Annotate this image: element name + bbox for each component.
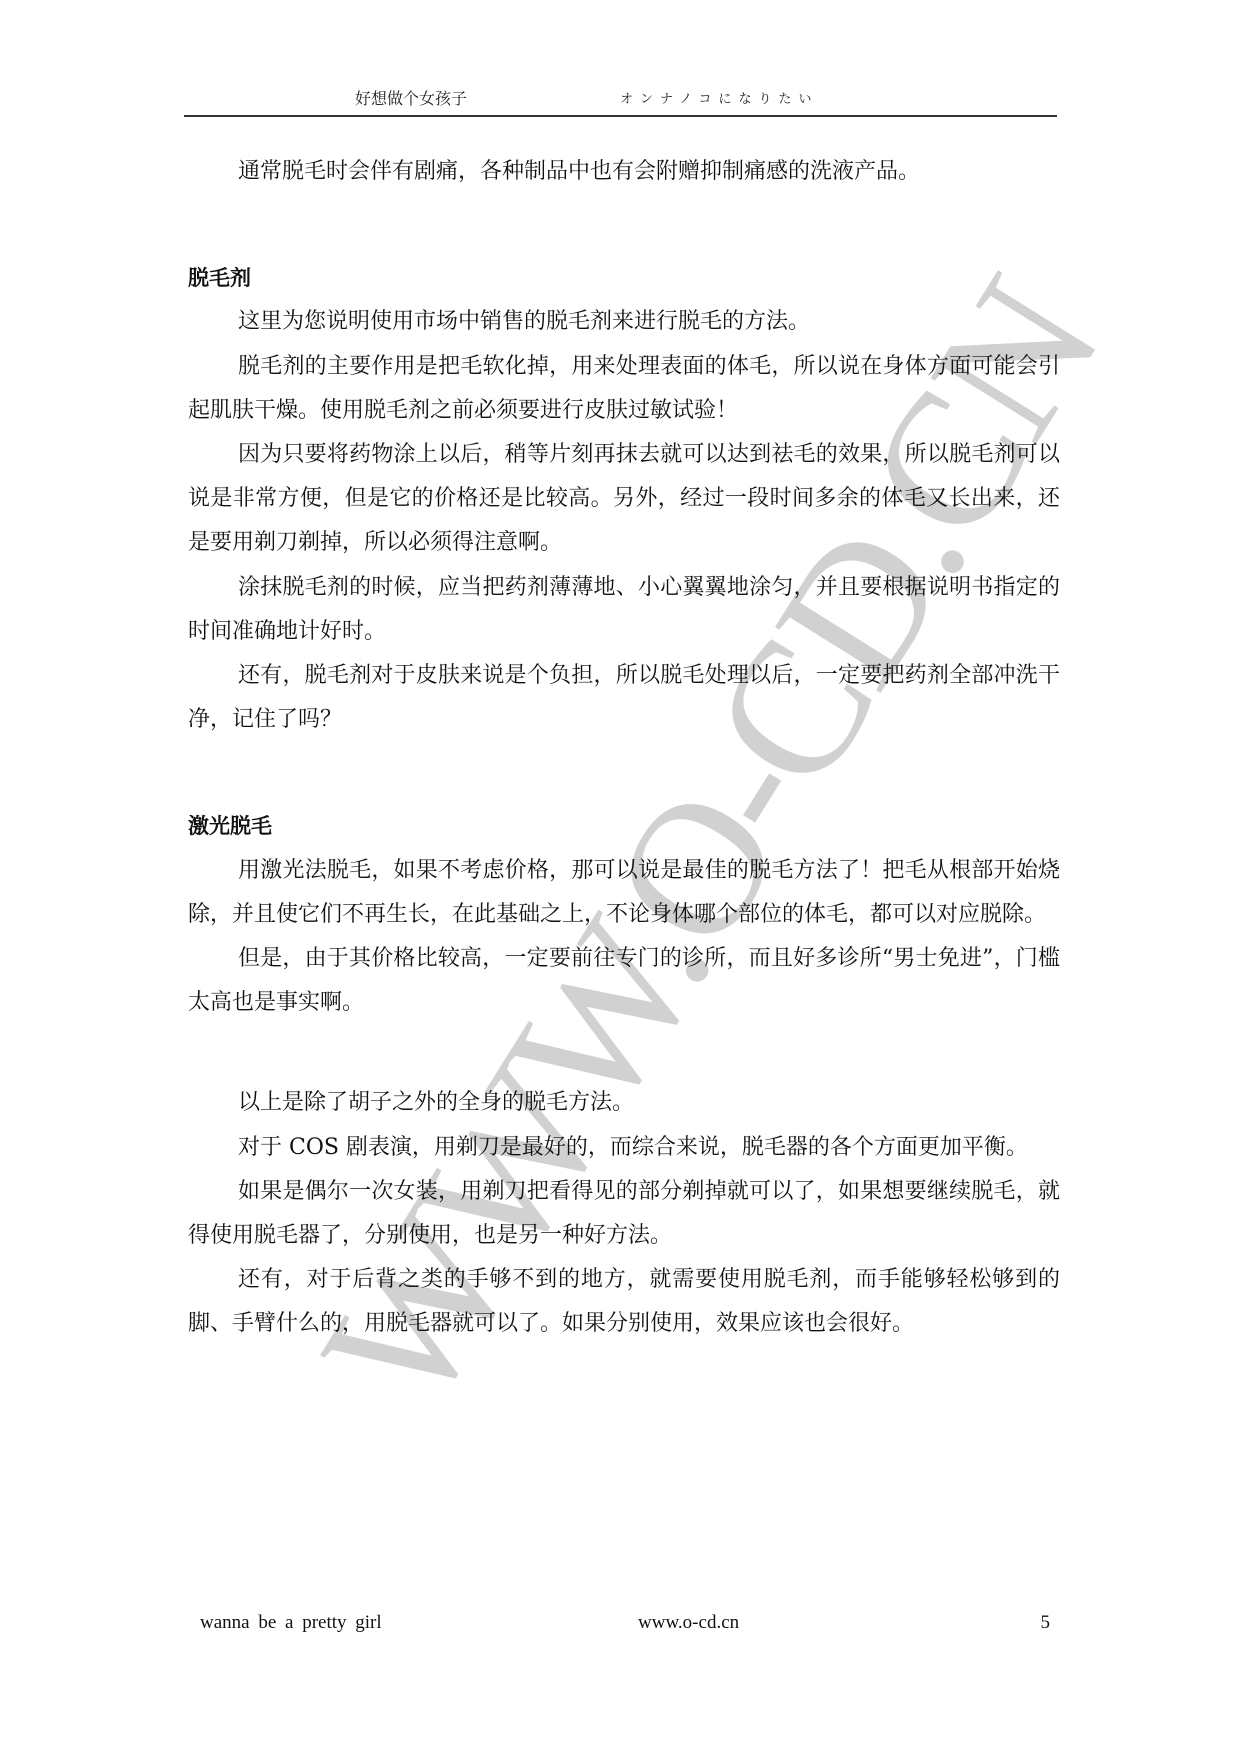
page-footer: wanna be a pretty girl www.o-cd.cn 5 bbox=[188, 1612, 1058, 1642]
paragraph: 还有，对于后背之类的手够不到的地方，就需要使用脱毛剂，而手能够轻松够到的脚、手臂… bbox=[188, 1258, 1060, 1346]
footer-website: www.o-cd.cn bbox=[638, 1612, 739, 1634]
intro-paragraph: 通常脱毛时会伴有剧痛，各种制品中也有会附赠抑制痛感的洗液产品。 bbox=[188, 150, 1060, 194]
section-heading-laser: 激光脱毛 bbox=[188, 804, 1060, 848]
spacer bbox=[188, 1025, 1060, 1081]
header-title-jp: オンナノコになりたい bbox=[620, 88, 818, 107]
paragraph: 还有，脱毛剂对于皮肤来说是个负担，所以脱毛处理以后，一定要把药剂全部冲洗干净，记… bbox=[188, 654, 1060, 742]
paragraph: 用激光法脱毛，如果不考虑价格，那可以说是最佳的脱毛方法了！把毛从根部开始烧除，并… bbox=[188, 849, 1060, 937]
paragraph: 对于 COS 剧表演，用剃刀是最好的，而综合来说，脱毛器的各个方面更加平衡。 bbox=[188, 1126, 1060, 1170]
paragraph: 但是，由于其价格比较高，一定要前往专门的诊所，而且好多诊所“男士免进”，门槛太高… bbox=[188, 937, 1060, 1025]
paragraph: 这里为您说明使用市场中销售的脱毛剂来进行脱毛的方法。 bbox=[188, 300, 1060, 344]
paragraph: 脱毛剂的主要作用是把毛软化掉，用来处理表面的体毛，所以说在身体方面可能会引起肌肤… bbox=[188, 345, 1060, 433]
document-page: WWW.O-CD.CN 好想做个女孩子 オンナノコになりたい 通常脱毛时会伴有剧… bbox=[0, 0, 1241, 1755]
spacer bbox=[188, 194, 1060, 256]
header-title-cn: 好想做个女孩子 bbox=[355, 86, 467, 109]
paragraph: 涂抹脱毛剂的时候，应当把药剂薄薄地、小心翼翼地涂匀，并且要根据说明书指定的时间准… bbox=[188, 566, 1060, 654]
footer-tagline: wanna be a pretty girl bbox=[200, 1612, 382, 1634]
paragraph: 因为只要将药物涂上以后，稍等片刻再抹去就可以达到祛毛的效果，所以脱毛剂可以说是非… bbox=[188, 433, 1060, 566]
spacer bbox=[188, 742, 1060, 804]
paragraph: 以上是除了胡子之外的全身的脱毛方法。 bbox=[188, 1081, 1060, 1125]
page-header: 好想做个女孩子 オンナノコになりたい bbox=[184, 82, 1057, 118]
section-heading-depilatory: 脱毛剂 bbox=[188, 256, 1060, 300]
page-number: 5 bbox=[1041, 1612, 1051, 1634]
header-divider bbox=[184, 115, 1057, 117]
paragraph: 如果是偶尔一次女装，用剃刀把看得见的部分剃掉就可以了，如果想要继续脱毛，就得使用… bbox=[188, 1170, 1060, 1258]
page-body: 通常脱毛时会伴有剧痛，各种制品中也有会附赠抑制痛感的洗液产品。 脱毛剂 这里为您… bbox=[188, 150, 1060, 1347]
